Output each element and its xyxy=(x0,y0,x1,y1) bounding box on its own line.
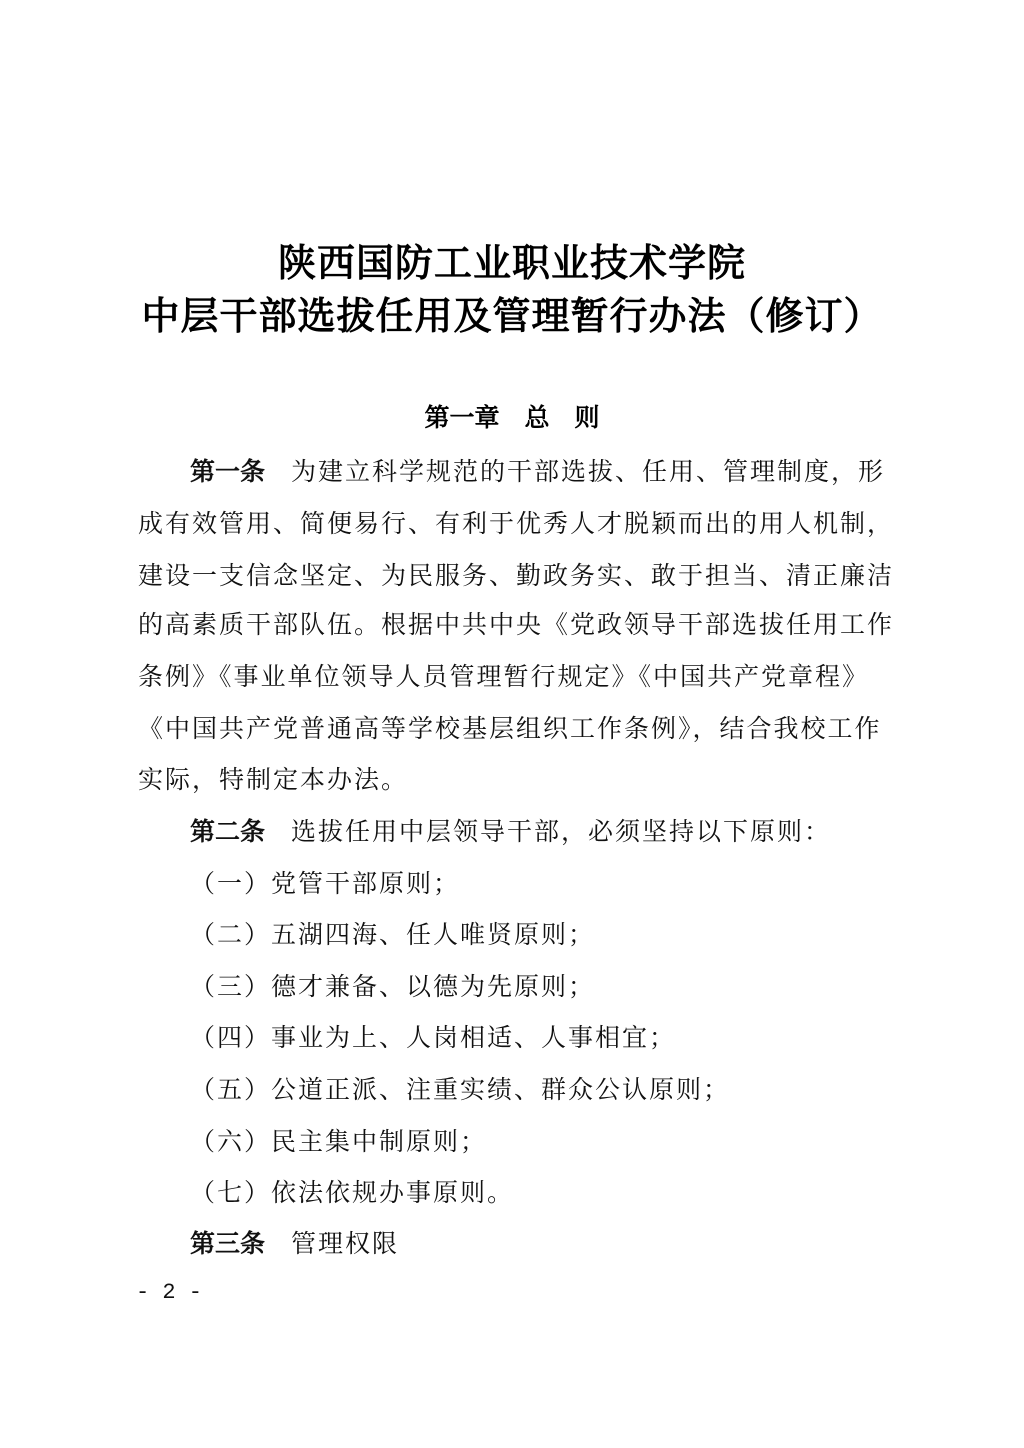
principle-item: （六）民主集中制原则； xyxy=(190,1122,950,1158)
article1-line: 实际，特制定本办法。 xyxy=(138,760,898,796)
article1-line: 《中国共产党普通高等学校基层组织工作条例》，结合我校工作 xyxy=(138,709,898,745)
article2-text: 选拔任用中层领导干部，必须坚持以下原则： xyxy=(291,817,831,846)
article1-line: 成有效管用、简便易行、有利于优秀人才脱颖而出的用人机制， xyxy=(138,504,898,540)
article2-label: 第二条 xyxy=(190,817,265,846)
article3-label: 第三条 xyxy=(190,1229,265,1258)
principle-item: （一）党管干部原则； xyxy=(190,864,950,900)
chapter-heading: 第一章 总 则 xyxy=(0,398,1024,434)
article1-text: 为建立科学规范的干部选拔、任用、管理制度，形 xyxy=(291,457,885,486)
principle-item: （三）德才兼备、以德为先原则； xyxy=(190,967,950,1003)
page-number: - 2 - xyxy=(136,1280,202,1305)
document-title-line1: 陕西国防工业职业技术学院 xyxy=(0,232,1024,287)
principle-item: （四）事业为上、人岗相适、人事相宜； xyxy=(190,1018,950,1054)
article1-line: 条例》《事业单位领导人员管理暂行规定》《中国共产党章程》 xyxy=(138,657,898,693)
article1-line: 的高素质干部队伍。根据中共中央《党政领导干部选拔任用工作 xyxy=(138,605,898,641)
article3-line: 第三条管理权限 xyxy=(190,1224,950,1260)
principle-item: （五）公道正派、注重实绩、群众公认原则； xyxy=(190,1070,950,1106)
article3-text: 管理权限 xyxy=(291,1229,399,1258)
document-title-line2: 中层干部选拔任用及管理暂行办法（修订） xyxy=(0,285,1024,340)
article1-line: 建设一支信念坚定、为民服务、勤政务实、敢于担当、清正廉洁 xyxy=(138,556,898,592)
principle-item: （二）五湖四海、任人唯贤原则； xyxy=(190,915,950,951)
article1-first-line: 第一条为建立科学规范的干部选拔、任用、管理制度，形 xyxy=(190,452,950,488)
principle-item: （七）依法依规办事原则。 xyxy=(190,1173,950,1209)
article1-label: 第一条 xyxy=(190,457,265,486)
document-page: 陕西国防工业职业技术学院 中层干部选拔任用及管理暂行办法（修订） 第一章 总 则… xyxy=(0,0,1024,1448)
article2-first-line: 第二条选拔任用中层领导干部，必须坚持以下原则： xyxy=(190,812,950,848)
